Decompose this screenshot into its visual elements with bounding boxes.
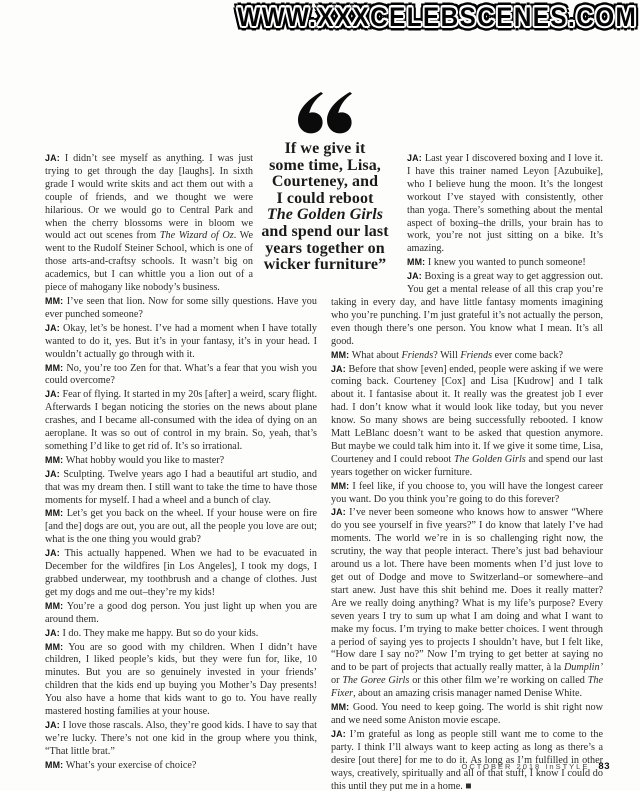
- interview-paragraph: MM: Good. You need to keep going. The wo…: [331, 701, 603, 728]
- body-text: Last year I discovered boxing and I love…: [407, 153, 603, 254]
- body-text: You are so good with my children. When I…: [45, 642, 317, 718]
- body-text: I love those rascals. Also, they’re good…: [45, 720, 317, 757]
- speaker-label: JA:: [331, 729, 346, 739]
- magazine-page: WWW.XXXCELEBSCENES.COM If we give itsome…: [0, 0, 640, 791]
- speaker-label: MM:: [331, 702, 349, 712]
- body-text: I feel like, if you choose to, you will …: [331, 481, 603, 505]
- footer-magazine-label: InSTYLE: [545, 762, 589, 771]
- interview-paragraph: MM: You are so good with my children. Wh…: [45, 641, 317, 719]
- body-text: I’ve never been someone who knows how to…: [331, 507, 603, 673]
- watermark-text: WWW.XXXCELEBSCENES.COM: [237, 2, 637, 33]
- body-text: ever come back?: [492, 350, 563, 361]
- speaker-label: MM:: [45, 642, 63, 652]
- interview-paragraph: JA: I’ve never been someone who knows ho…: [331, 506, 603, 701]
- column-right: JA: Last year I discovered boxing and I …: [331, 152, 603, 791]
- open-quote-icon: [297, 92, 353, 134]
- interview-paragraph: MM: Let’s get you back on the wheel. If …: [45, 507, 317, 547]
- watermark-banner: WWW.XXXCELEBSCENES.COM: [0, 0, 640, 32]
- body-text: Before that show [even] ended, people we…: [331, 364, 603, 465]
- body-text: You’re a good dog person. You just light…: [45, 601, 317, 625]
- interview-paragraph: MM: I’ve seen that lion. Now for some si…: [45, 295, 317, 322]
- body-text: I’m grateful as long as people still wan…: [331, 729, 603, 791]
- speaker-label: JA:: [407, 153, 422, 163]
- interview-paragraph: MM: What about Friends? Will Friends eve…: [331, 349, 603, 363]
- speaker-label: MM:: [407, 257, 425, 267]
- interview-paragraph: MM: No, you’re too Zen for that. What’s …: [45, 362, 317, 389]
- body-text: I knew you wanted to punch someone!: [428, 257, 586, 268]
- quote-runaround-spacer: [253, 152, 317, 290]
- quote-runaround-spacer: [331, 152, 407, 290]
- interview-paragraph: JA: This actually happened. When we had …: [45, 547, 317, 600]
- speaker-label: JA:: [45, 469, 60, 479]
- italic-title-text: The Golden Girls: [454, 454, 526, 465]
- speaker-label: MM:: [331, 481, 349, 491]
- interview-paragraph: MM: What hobby would you like to master?: [45, 454, 317, 468]
- body-text: What’s your exercise of choice?: [66, 760, 197, 771]
- italic-title-text: Friends: [402, 350, 434, 361]
- speaker-label: JA:: [331, 364, 346, 374]
- interview-paragraph: MM: What’s your exercise of choice?: [45, 759, 317, 773]
- italic-title-text: Dumplin’: [564, 662, 603, 673]
- body-text: Okay, let’s be honest. I’ve had a moment…: [45, 323, 317, 360]
- interview-paragraph: JA: I love those rascals. Also, they’re …: [45, 719, 317, 759]
- interview-paragraph: MM: You’re a good dog person. You just l…: [45, 600, 317, 627]
- italic-title-text: The Wizard of Oz: [160, 230, 234, 241]
- speaker-label: MM:: [45, 296, 63, 306]
- body-text: What hobby would you like to master?: [66, 455, 224, 466]
- footer-issue-label: OCTOBER 2018: [461, 762, 541, 771]
- speaker-label: MM:: [45, 760, 63, 770]
- italic-title-text: Friends: [460, 350, 492, 361]
- body-text: I’ve seen that lion. Now for some silly …: [45, 296, 317, 320]
- body-text: , about an amazing crisis manager named …: [353, 688, 582, 699]
- interview-columns: JA: I didn’t see myself as anything. I w…: [45, 152, 603, 791]
- speaker-label: JA:: [45, 720, 60, 730]
- body-text: Let’s get you back on the wheel. If your…: [45, 508, 317, 545]
- speaker-label: JA:: [45, 628, 60, 638]
- body-text: This actually happened. When we had to b…: [45, 548, 317, 598]
- speaker-label: JA:: [45, 153, 60, 163]
- interview-paragraph: MM: I feel like, if you choose to, you w…: [331, 480, 603, 507]
- body-text: No, you’re too Zen for that. What’s a fe…: [45, 363, 317, 387]
- interview-paragraph: JA: Sculpting. Twelve years ago I had a …: [45, 468, 317, 508]
- interview-paragraph: JA: Fear of flying. It started in my 20s…: [45, 388, 317, 454]
- speaker-label: JA:: [45, 548, 60, 558]
- interview-paragraph: JA: I’m grateful as long as people still…: [331, 728, 603, 791]
- interview-paragraph: JA: Okay, let’s be honest. I’ve had a mo…: [45, 322, 317, 362]
- body-text: or this other film we’re working on call…: [409, 675, 587, 686]
- speaker-label: MM:: [45, 363, 63, 373]
- body-text: Good. You need to keep going. The world …: [331, 702, 603, 726]
- body-text: Sculpting. Twelve years ago I had a beau…: [45, 469, 317, 506]
- body-text: Fear of flying. It started in my 20s [af…: [45, 389, 317, 452]
- speaker-label: MM:: [45, 601, 63, 611]
- speaker-label: MM:: [45, 508, 63, 518]
- body-text: I didn’t see myself as anything. I was j…: [45, 153, 253, 241]
- footer-page-number: 83: [598, 761, 610, 772]
- page-footer: OCTOBER 2018 InSTYLE 83: [461, 761, 610, 772]
- italic-title-text: The Goree Girls: [342, 675, 409, 686]
- speaker-label: JA:: [331, 507, 346, 517]
- speaker-label: JA:: [407, 271, 422, 281]
- speaker-label: MM:: [45, 455, 63, 465]
- column-left: JA: I didn’t see myself as anything. I w…: [45, 152, 317, 791]
- body-text: or: [331, 675, 342, 686]
- body-text: What about: [352, 350, 402, 361]
- interview-paragraph: JA: Before that show [even] ended, peopl…: [331, 363, 603, 480]
- body-text: ? Will: [433, 350, 460, 361]
- body-text: I do. They make me happy. But so do your…: [62, 628, 258, 639]
- speaker-label: MM:: [331, 350, 349, 360]
- speaker-label: JA:: [45, 389, 60, 399]
- interview-paragraph: JA: I do. They make me happy. But so do …: [45, 627, 317, 641]
- speaker-label: JA:: [45, 323, 60, 333]
